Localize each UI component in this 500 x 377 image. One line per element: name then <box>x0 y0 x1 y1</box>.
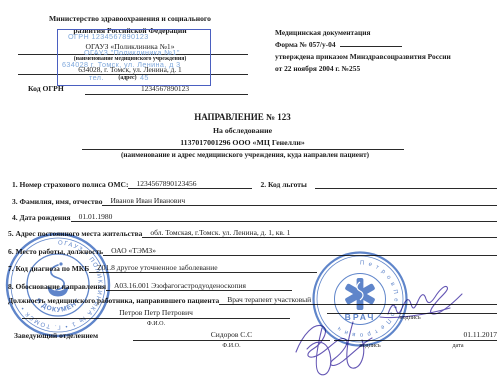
ocr-ogrn-text: ОГРН 1234567890123 <box>68 32 149 41</box>
address-value: обл. Томская, г.Томск. ул. Ленина, д. 1,… <box>142 228 298 238</box>
doc-approved-date: от 22 ноября 2004 г. №255 <box>275 64 360 73</box>
ocr-address-text: 634028 г. Томск, ул. Ленина, д 3 <box>62 60 181 69</box>
birth-value: 01.01.1980 <box>71 212 121 222</box>
benefit-label: 2. Код льготы <box>260 180 306 189</box>
referral-subtitle: На обследование <box>0 126 485 135</box>
doc-approved-by: утверждена приказом Минздравсоцразвития … <box>275 52 451 61</box>
policy-label: 1. Номер страхового полиса ОМС: <box>12 180 128 189</box>
target-org-caption: (наименование и адрес медицинского учреж… <box>0 151 490 159</box>
policy-value: 1234567890123456 <box>128 179 252 189</box>
name-line <box>193 204 497 206</box>
birth-line <box>120 220 497 222</box>
field-birth-row: 4. Дата рождения 01.01.1980 <box>12 212 497 222</box>
reason-value: А03.16.001 Эзофагогастродуоденоскопия <box>106 281 292 291</box>
ocr-number-text: 45 <box>140 73 149 82</box>
icd-value: Z01.8 другое уточненное заболевание <box>89 263 317 273</box>
field-name-row: 3. Фамилия, имя, отчество Иванов Иван Ив… <box>12 196 497 206</box>
ministry-line1: Министерство здравоохранения и социально… <box>10 14 250 23</box>
ocr-tel-text: тел. <box>89 73 104 82</box>
birth-label: 4. Дата рождения <box>12 213 71 222</box>
address-line <box>298 236 497 238</box>
benefit-value-blank <box>315 187 497 189</box>
doc-type: Медицинская документация <box>275 28 371 37</box>
clinic-round-stamp: ОГАУЗ • ПОЛИКЛИНИКА № 1 • Г. ТОМСК • ДЛЯ… <box>4 231 112 339</box>
ogrn-underline <box>85 94 248 95</box>
doc-form-blank-line <box>340 46 402 47</box>
field-policy-row: 1. Номер страхового полиса ОМС: 12345678… <box>12 179 497 189</box>
target-org-underline <box>82 149 404 150</box>
doc-form-line: Форма № 057/у-04 <box>275 40 402 49</box>
ocr-org-text: ОГАУЗ "Поликлиника №1" <box>84 48 180 57</box>
work-value: ОАО «ТЭМЗ» <box>103 246 164 256</box>
doctor-signature-scribble <box>280 280 490 377</box>
referral-title: НАПРАВЛЕНИЕ № 123 <box>0 112 485 122</box>
doc-form: Форма № 057/у-04 <box>275 40 336 49</box>
name-label: 3. Фамилия, имя, отчество <box>12 197 102 206</box>
referral-document: Министерство здравоохранения и социально… <box>0 0 500 377</box>
target-organization: 1137017001296 ООО «МЦ Генелли» <box>0 138 485 147</box>
bowl-snake-icon <box>48 262 68 296</box>
name-value: Иванов Иван Иванович <box>102 196 193 206</box>
